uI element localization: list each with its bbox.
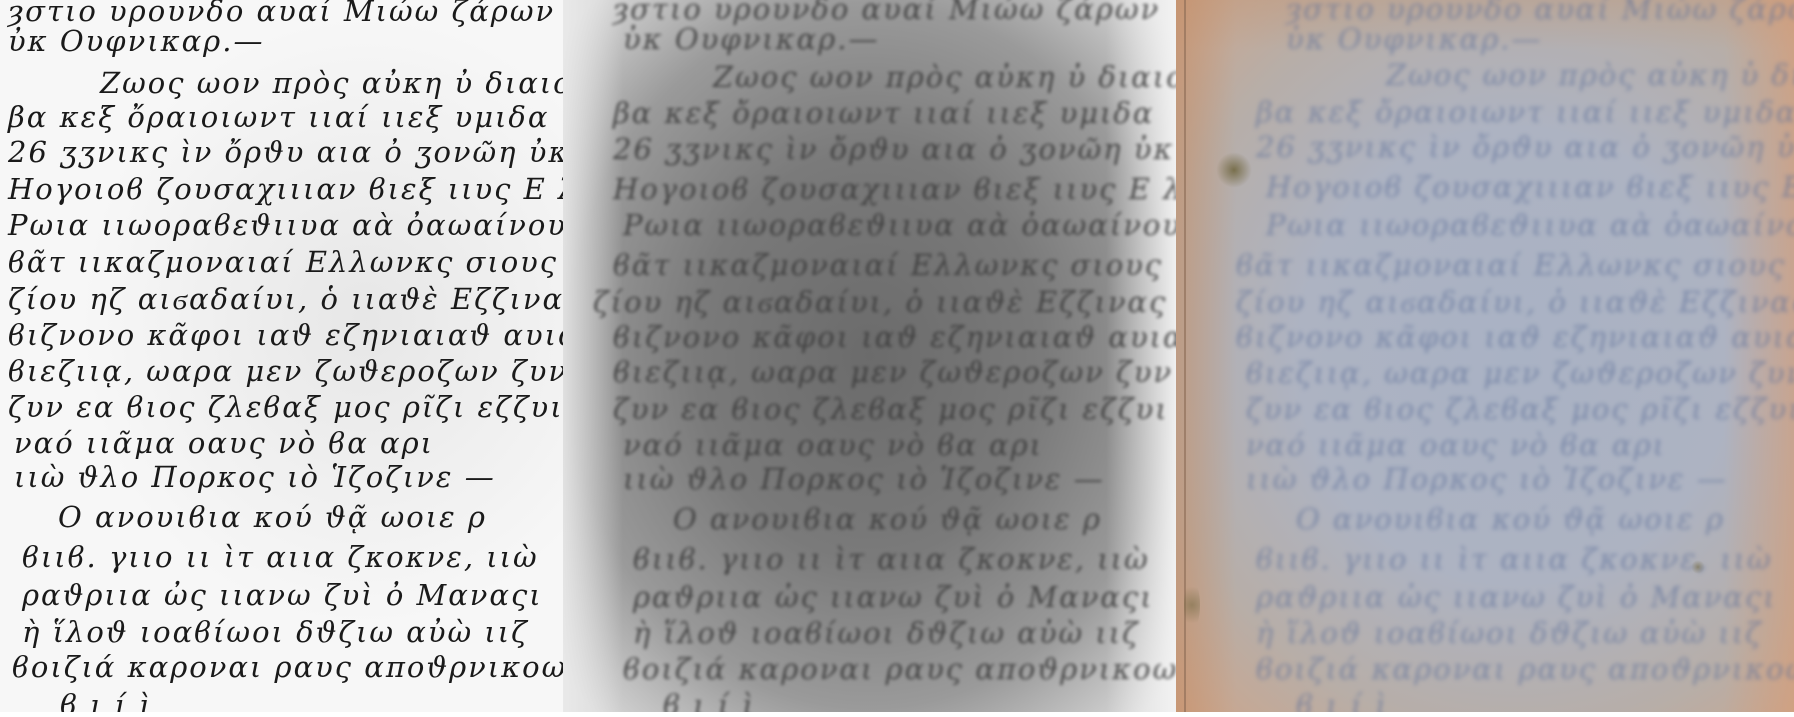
- handwritten-line: βα κεξ ὄραιοιωντ ιιαί ιιεξ υμιδα: [1256, 95, 1794, 129]
- handwritten-line: ϐιζνονο κᾶφοι ιαϑ εζηνιαιαϑ αυια: [1236, 320, 1794, 354]
- handwritten-line: ϐοιζιά καροναι ραυς αποϑρνικοω: [623, 652, 1176, 686]
- handwritten-line: ϐοιζιά καροναι ραυς αποϑρνικοω: [1256, 652, 1794, 686]
- handwritten-text-block: ȝστιο υρουνδο αυαί Μιώω ζάρων ὐκ Ουφνικα…: [563, 0, 1176, 712]
- handwritten-text-block: ȝστιο υρουνδο αυαί Μιώω ζάρων ὐκ Ουφνικα…: [0, 0, 563, 712]
- handwritten-line: Ζωος ωον πρὸς αὐκη ὐ διαιοʒι: [713, 60, 1176, 94]
- handwritten-text-block: ȝστιο υρουνδο αυαί Μιώω ζάρων ὐκ Ουφνικα…: [1176, 0, 1794, 712]
- handwritten-line: ὴ ἵλοϑ ιοαϐίωοι δϑζιω αὐὼ ιιζ: [633, 616, 1140, 650]
- panel-original-color-manuscript: ȝστιο υρουνδο αυαί Μιώω ζάρων ὐκ Ουφνικα…: [1176, 0, 1794, 712]
- handwritten-line: Ζωος ωον πρὸς αὐκη ὐ διαιοʒι: [1386, 58, 1794, 92]
- handwritten-line: Ο ανουιϐια κού ϑᾷ ωοιε ρ: [673, 502, 1102, 536]
- handwritten-line: ϐιεζιιᾳ, ωαρα μεν ζωϑεροζων ζυν κοκαι: [1246, 356, 1794, 390]
- handwritten-line: ϐᾶτ ιικαζμοναιαί Ελλωνκς σιους: [1236, 248, 1786, 282]
- handwritten-line: ραϑριια ὠς ιιανω ζυὶ ὀ Μαναςι: [633, 580, 1154, 614]
- handwritten-line: ραϑριια ὠς ιιανω ζυὶ ὀ Μαναςι: [1256, 580, 1777, 614]
- handwritten-line: ιιὼ ϑλο Πορκος ιὸ Ἱζοζινε —: [623, 462, 1105, 496]
- handwritten-line: Ο ανουιϐια κού ϑᾷ ωοιε ρ: [1296, 502, 1725, 536]
- handwritten-line: ϐιιϐ. γιιο ιι ὶτ αιια ζκοκνε, ιιὼ: [1256, 542, 1773, 576]
- handwritten-line: ιιὼ ϑλο Πορκος ιὸ Ἱζοζινε —: [14, 460, 496, 494]
- handwritten-line: ναό ιιᾶμα οαυς νὸ ϐα αρι: [623, 428, 1043, 462]
- handwritten-line: ναό ιιᾶμα οαυς νὸ ϐα αρι: [1246, 428, 1666, 462]
- handwritten-line: Ηογοιοϐ ζουσαχιιιαν ϐιεξ ιιυς Ε λυ: [1266, 170, 1794, 204]
- handwritten-line: ιιὼ ϑλο Πορκος ιὸ Ἱζοζινε —: [1246, 462, 1728, 496]
- handwritten-line: Ο ανουιϐια κού ϑᾷ ωοιε ρ: [58, 500, 487, 534]
- handwritten-line: 26 ʒʒνικς ὶν ὄρϑυ αια ὀ ʒονῶη ὐκ: [8, 135, 563, 169]
- handwritten-line: ραϑριια ὠς ιιανω ζυὶ ὀ Μαναςι: [22, 578, 543, 612]
- handwritten-line: ὴ ἵλοϑ ιοαϐίωοι δϑζιω αὐὼ ιιζ: [1256, 616, 1763, 650]
- handwritten-line: ϐιεζιιᾳ, ωαρα μεν ζωϑεροζων ζυν κοκαι: [8, 354, 563, 388]
- handwritten-line: βα κεξ ὄραιοιωντ ιιαί ιιεξ υμιδα: [8, 100, 549, 134]
- handwritten-line: ϐᾶτ ιικαζμοναιαί Ελλωνκς σιους: [8, 245, 558, 279]
- panel-grayscale-manuscript: ȝστιο υρουνδο αυαί Μιώω ζάρων ὐκ Ουφνικα…: [563, 0, 1176, 712]
- handwritten-line: ϐ ι ί ὶ: [1296, 688, 1389, 712]
- handwritten-line: ναό ιιᾶμα οαυς νὸ ϐα αρι: [14, 426, 434, 460]
- handwritten-line: Ηογοιοϐ ζουσαχιιιαν ϐιεξ ιιυς Ε λυ: [613, 172, 1176, 206]
- handwritten-line: ϐᾶτ ιικαζμοναιαί Ελλωνκς σιους: [613, 248, 1163, 282]
- handwritten-line: ζυν εα ϐιος ζλεϐαξ μος ρῖζι εζζυι: [1246, 392, 1794, 426]
- handwritten-line: ζυν εα ϐιος ζλεϐαξ μος ρῖζι εζζυι: [613, 392, 1169, 426]
- handwritten-line: ϐιζνονο κᾶφοι ιαϑ εζηνιαιαϑ αυια: [8, 318, 563, 352]
- handwritten-line: ζίου ηζ αιϭαδαίυι, ὁ ιιαϑὲ Εζζινας: [8, 282, 563, 317]
- handwritten-line: ζίου ηζ αιϭαδαίυι, ὁ ιιαϑὲ Εζζινας: [1236, 285, 1794, 320]
- handwritten-line: ζίου ηζ αιϭαδαίυι, ὁ ιιαϑὲ Εζζινας: [593, 285, 1167, 320]
- handwritten-line: βα κεξ ὄραιοιωντ ιιαί ιιεξ υμιδα: [613, 96, 1154, 130]
- handwritten-line: Ρωια ιιωοραϐεϑιιυα αὰ ὀαωαίνουf: [623, 208, 1176, 242]
- handwritten-line: Ρωια ιιωοραϐεϑιιυα αὰ ὀαωαίνουf: [8, 208, 563, 242]
- handwritten-line: ὐκ Ουφνικαρ.—: [1286, 22, 1542, 56]
- handwritten-line: ὐκ Ουφνικαρ.—: [8, 24, 264, 58]
- handwritten-line: ϐ ι ί ὶ: [60, 688, 153, 712]
- manuscript-comparison-figure: ȝστιο υρουνδο αυαί Μιώω ζάρων ὐκ Ουφνικα…: [0, 0, 1794, 712]
- handwritten-line: Ρωια ιιωοραϐεϑιιυα αὰ ὀαωαίνουf: [1266, 208, 1794, 242]
- handwritten-line: ὐκ Ουφνικαρ.—: [623, 22, 879, 56]
- handwritten-line: ϐ ι ί ὶ: [663, 688, 756, 712]
- handwritten-line: Ζωος ωον πρὸς αὐκη ὐ διαιοʒι: [100, 66, 563, 100]
- handwritten-line: ϐιιϐ. γιιο ιι ὶτ αιια ζκοκνε, ιιὼ: [22, 540, 539, 574]
- handwritten-line: ϐιζνονο κᾶφοι ιαϑ εζηνιαιαϑ αυια: [613, 320, 1176, 354]
- panel-enhanced-manuscript: ȝστιο υρουνδο αυαί Μιώω ζάρων ὐκ Ουφνικα…: [0, 0, 563, 712]
- handwritten-line: 26 ʒʒνικς ὶν ὄρϑυ αια ὀ ʒονῶη ὐκ: [1256, 130, 1794, 164]
- handwritten-line: ϐιιϐ. γιιο ιι ὶτ αιια ζκοκνε, ιιὼ: [633, 542, 1150, 576]
- handwritten-line: Ηογοιοϐ ζουσαχιιιαν ϐιεξ ιιυς Ε λυ: [8, 172, 563, 206]
- handwritten-line: ϐοιζιά καροναι ραυς αποϑρνικοω: [12, 650, 563, 684]
- handwritten-line: 26 ʒʒνικς ὶν ὄρϑυ αια ὀ ʒονῶη ὐκ: [613, 132, 1174, 166]
- handwritten-line: ζυν εα ϐιος ζλεϐαξ μος ρῖζι εζζυι: [8, 390, 563, 424]
- handwritten-line: ὴ ἵλοϑ ιοαϐίωοι δϑζιω αὐὼ ιιζ: [22, 615, 529, 649]
- handwritten-line: ϐιεζιιᾳ, ωαρα μεν ζωϑεροζων ζυν κοκαι: [613, 355, 1176, 389]
